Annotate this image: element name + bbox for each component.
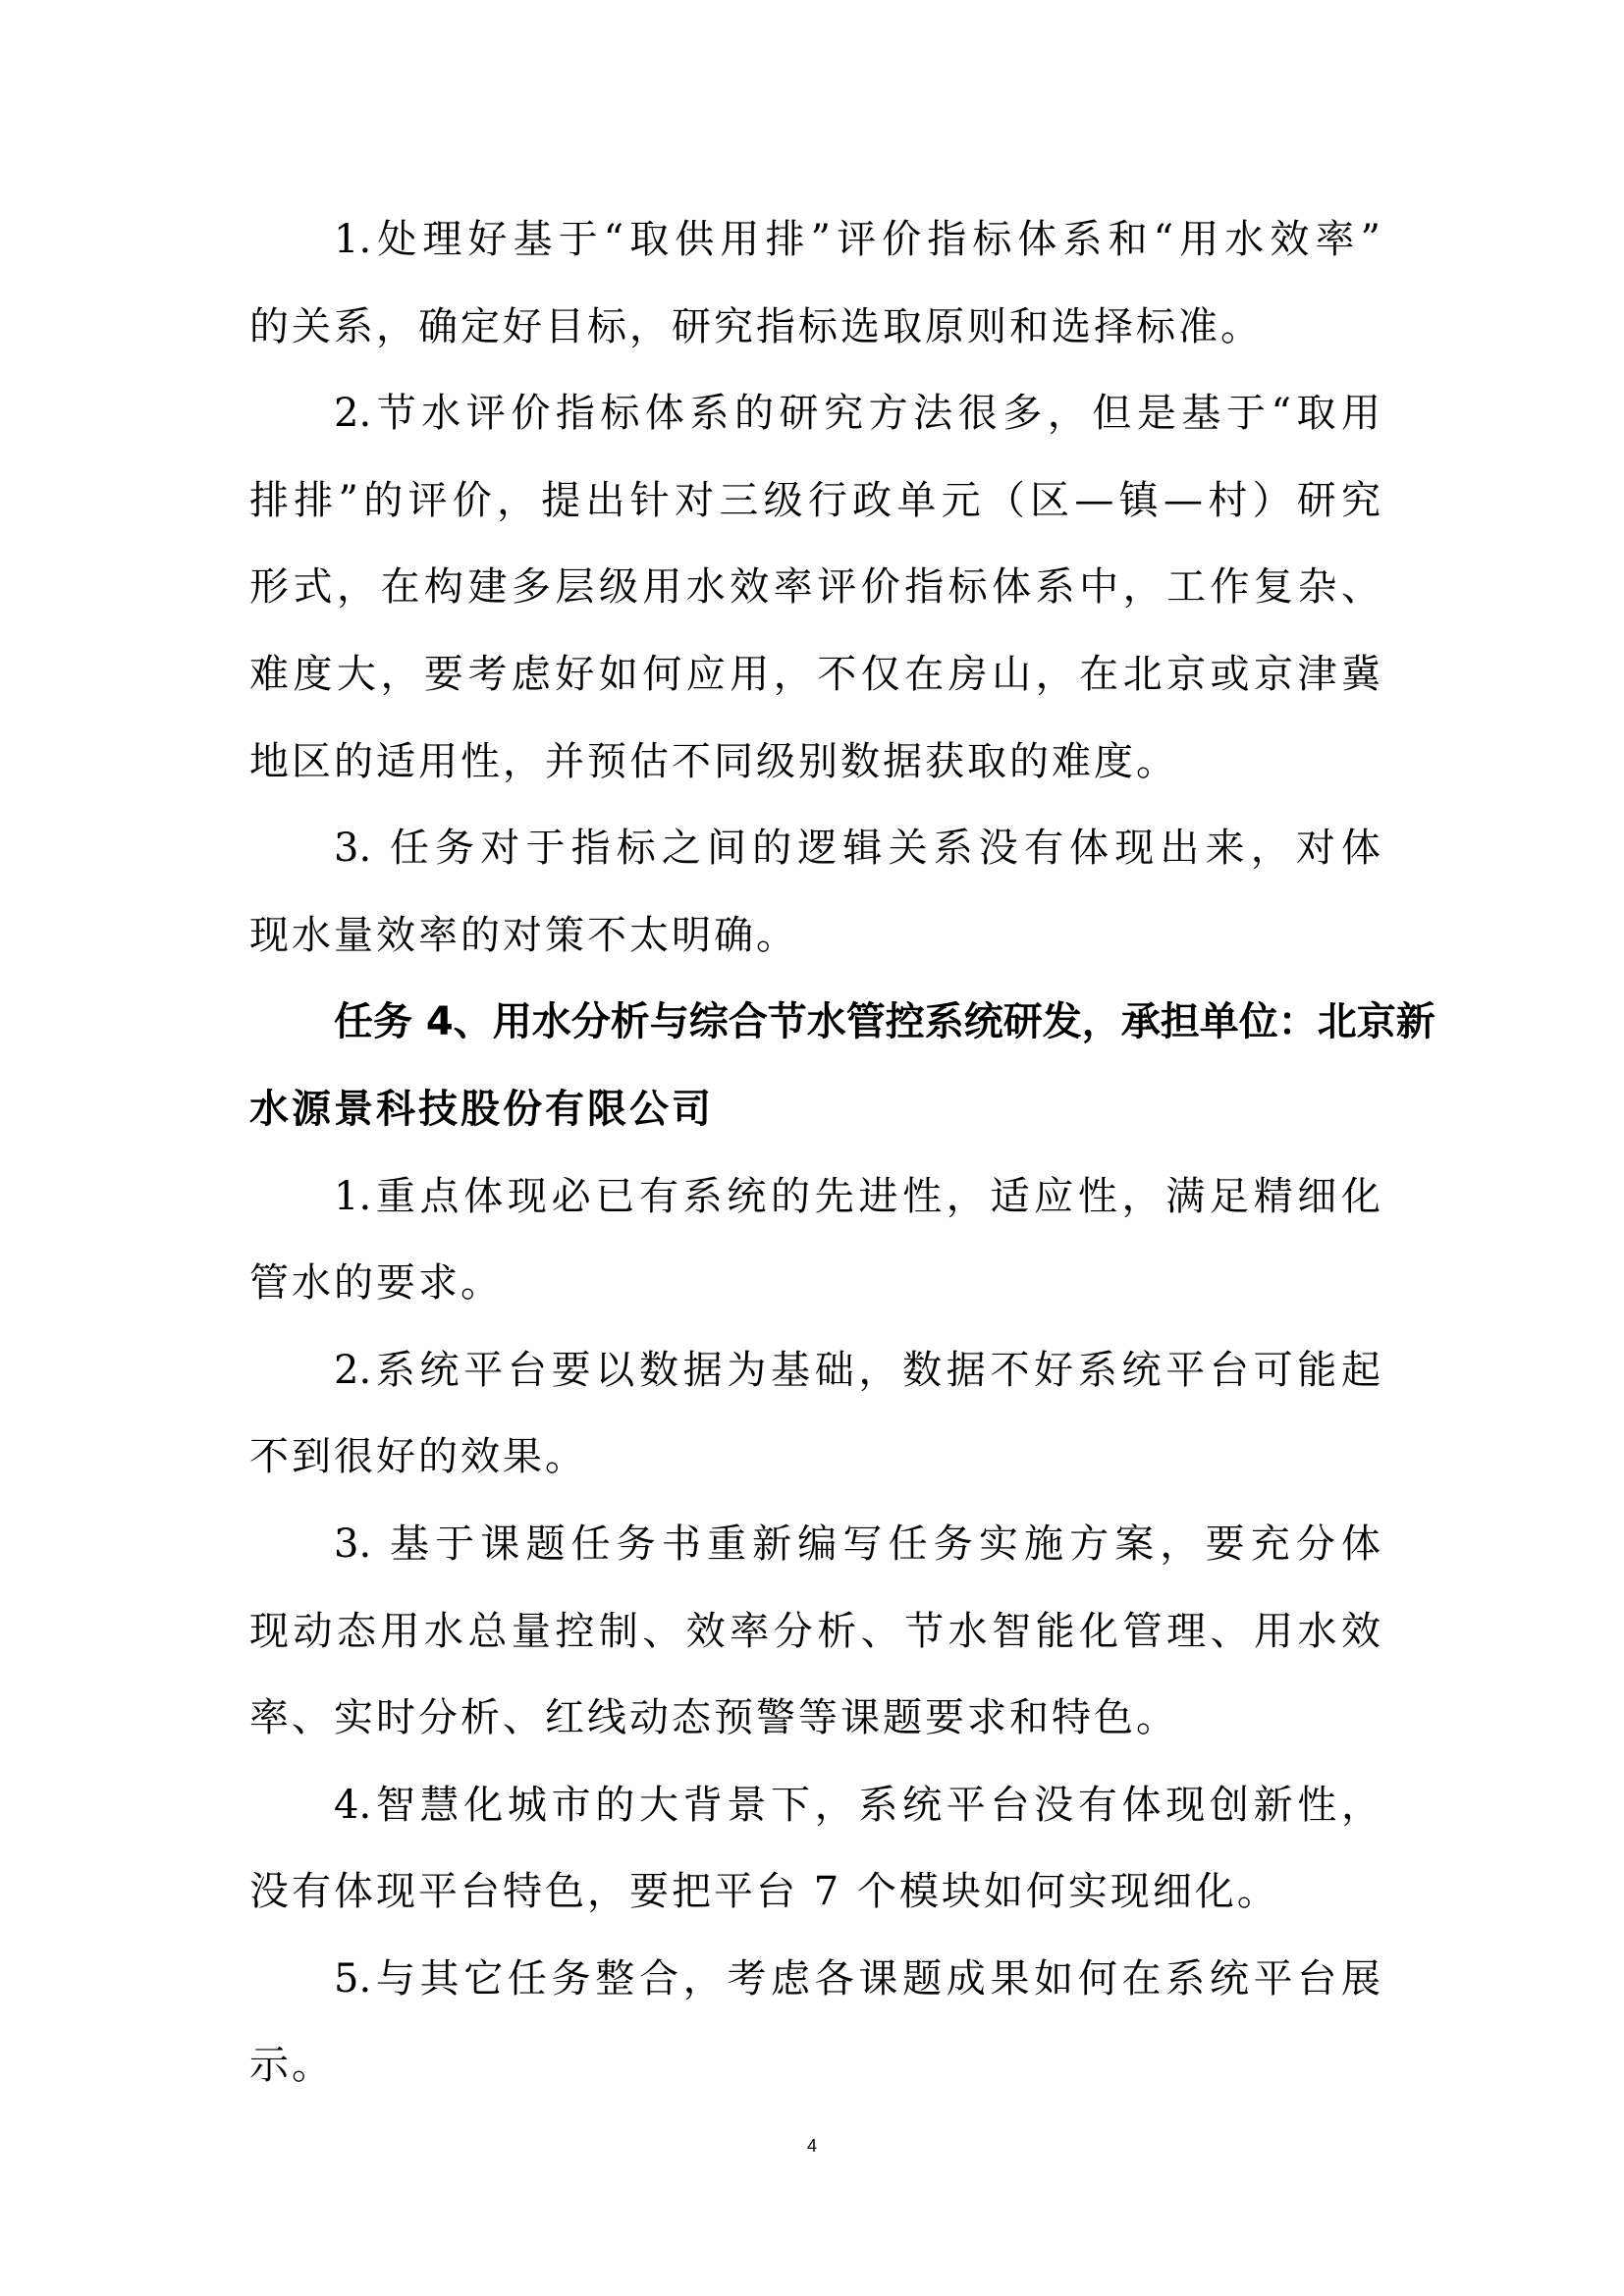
text-line: 管水的要求。 bbox=[249, 1240, 1380, 1327]
paragraph-item-1: 1.处理好基于“取供用排”评价指标体系和“用水效率” 的关系，确定好目标，研究指… bbox=[249, 196, 1380, 370]
text-line: 不到很好的效果。 bbox=[249, 1414, 1380, 1501]
paragraph-task4-item-3: 3. 基于课题任务书重新编写任务实施方案，要充分体 现动态用水总量控制、效率分析… bbox=[249, 1501, 1380, 1762]
paragraph-item-2: 2.节水评价指标体系的研究方法很多，但是基于“取用 排排”的评价，提出针对三级行… bbox=[249, 370, 1380, 805]
text-line: 现动态用水总量控制、效率分析、节水智能化管理、用水效 bbox=[249, 1588, 1380, 1676]
text-line: 排排”的评价，提出针对三级行政单元（区—镇—村）研究 bbox=[249, 457, 1380, 545]
text-line: 现水量效率的对策不太明确。 bbox=[249, 892, 1380, 980]
paragraph-task4-item-1: 1.重点体现必已有系统的先进性，适应性，满足精细化 管水的要求。 bbox=[249, 1153, 1380, 1327]
text-line: 2.节水评价指标体系的研究方法很多，但是基于“取用 bbox=[249, 370, 1380, 457]
text-line: 5.与其它任务整合，考虑各课题成果如何在系统平台展 bbox=[249, 1936, 1380, 2023]
document-body: 1.处理好基于“取供用排”评价指标体系和“用水效率” 的关系，确定好目标，研究指… bbox=[249, 196, 1380, 2109]
text-line: 示。 bbox=[249, 2022, 1380, 2109]
text-line: 难度大，要考虑好如何应用，不仅在房山，在北京或京津冀 bbox=[249, 631, 1380, 719]
text-line: 的关系，确定好目标，研究指标选取原则和选择标准。 bbox=[249, 284, 1380, 371]
text-line: 2.系统平台要以数据为基础，数据不好系统平台可能起 bbox=[249, 1327, 1380, 1415]
text-line: 4.智慧化城市的大背景下，系统平台没有体现创新性， bbox=[249, 1762, 1380, 1849]
text-line: 1.处理好基于“取供用排”评价指标体系和“用水效率” bbox=[249, 196, 1380, 284]
text-line: 1.重点体现必已有系统的先进性，适应性，满足精细化 bbox=[249, 1153, 1380, 1241]
text-line: 形式，在构建多层级用水效率评价指标体系中，工作复杂、 bbox=[249, 544, 1380, 631]
text-line: 率、实时分析、红线动态预警等课题要求和特色。 bbox=[249, 1675, 1380, 1762]
document-page: 1.处理好基于“取供用排”评价指标体系和“用水效率” 的关系，确定好目标，研究指… bbox=[0, 0, 1624, 2296]
text-line: 没有体现平台特色，要把平台 7 个模块如何实现细化。 bbox=[249, 1848, 1380, 1936]
page-number: 4 bbox=[0, 2134, 1624, 2158]
heading-line: 水源景科技股份有限公司 bbox=[249, 1066, 1380, 1153]
text-line: 地区的适用性，并预估不同级别数据获取的难度。 bbox=[249, 719, 1380, 806]
paragraph-task4-item-4: 4.智慧化城市的大背景下，系统平台没有体现创新性， 没有体现平台特色，要把平台 … bbox=[249, 1762, 1380, 1936]
heading-line: 任务 4、用水分析与综合节水管控系统研发，承担单位：北京新 bbox=[249, 979, 1380, 1066]
paragraph-item-3: 3. 任务对于指标之间的逻辑关系没有体现出来，对体 现水量效率的对策不太明确。 bbox=[249, 805, 1380, 979]
text-line: 3. 任务对于指标之间的逻辑关系没有体现出来，对体 bbox=[249, 805, 1380, 892]
paragraph-task4-item-5: 5.与其它任务整合，考虑各课题成果如何在系统平台展 示。 bbox=[249, 1936, 1380, 2109]
text-line: 3. 基于课题任务书重新编写任务实施方案，要充分体 bbox=[249, 1501, 1380, 1588]
paragraph-task4-item-2: 2.系统平台要以数据为基础，数据不好系统平台可能起 不到很好的效果。 bbox=[249, 1327, 1380, 1501]
task-4-heading: 任务 4、用水分析与综合节水管控系统研发，承担单位：北京新 水源景科技股份有限公… bbox=[249, 979, 1380, 1152]
